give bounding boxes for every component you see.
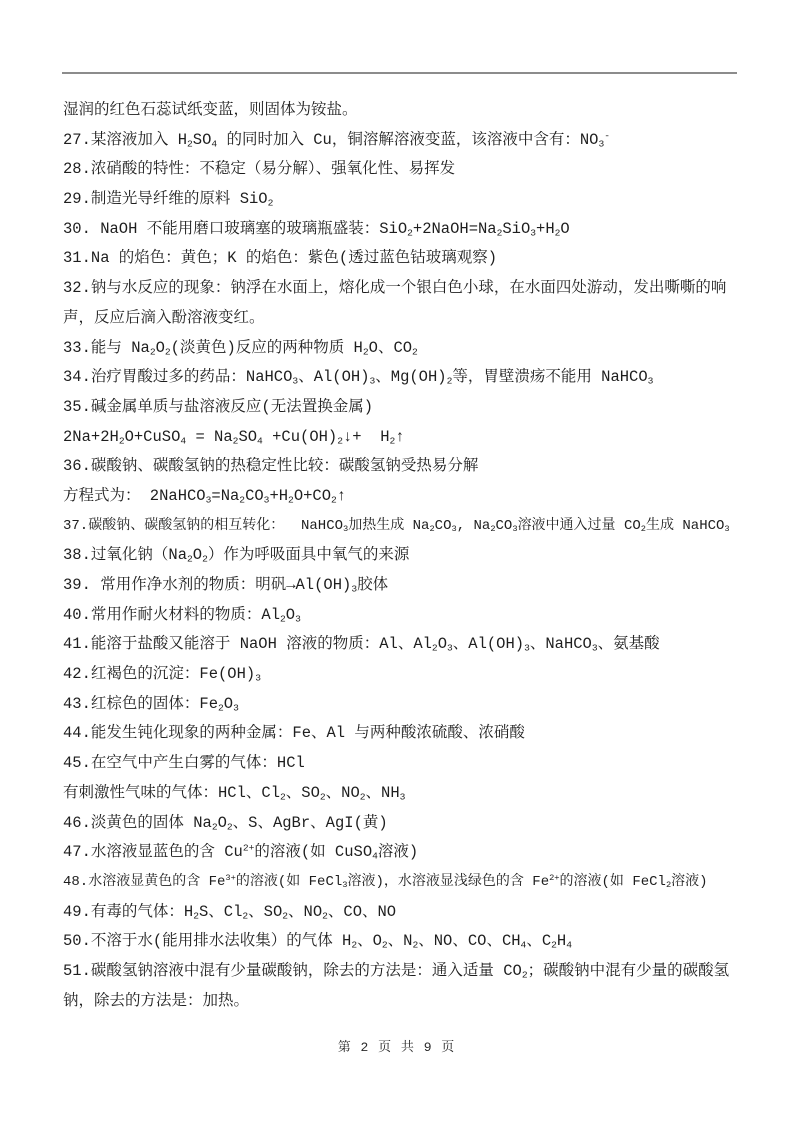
- text-line: 45.在空气中产生白雾的气体：HCl: [63, 749, 741, 779]
- text-line: 42.红褐色的沉淀：Fe(OH)3: [63, 660, 741, 690]
- text-line: 2Na+2H2O+CuSO4 = Na2SO4 +Cu(OH)2↓+ H2↑: [63, 423, 741, 453]
- text-line: 39. 常用作净水剂的物质：明矾→Al(OH)3胶体: [63, 571, 741, 601]
- text-line: 有刺激性气味的气体：HCl、Cl2、SO2、NO2、NH3: [63, 779, 741, 809]
- text-line: 30. NaOH 不能用磨口玻璃塞的玻璃瓶盛装：SiO2+2NaOH=Na2Si…: [63, 215, 741, 245]
- text-line: 湿润的红色石蕊试纸变蓝，则固体为铵盐。: [63, 96, 741, 126]
- text-line: 51.碳酸氢钠溶液中混有少量碳酸钠，除去的方法是：通入适量 CO2；碳酸钠中混有…: [63, 957, 741, 987]
- text-line: 35.碱金属单质与盐溶液反应(无法置换金属): [63, 393, 741, 423]
- document-body: 湿润的红色石蕊试纸变蓝，则固体为铵盐。27.某溶液加入 H2SO4 的同时加入 …: [63, 96, 741, 1016]
- text-line: 31.Na 的焰色：黄色；K 的焰色：紫色(透过蓝色钴玻璃观察): [63, 244, 741, 274]
- text-line: 钠，除去的方法是：加热。: [63, 987, 741, 1017]
- text-line: 27.某溶液加入 H2SO4 的同时加入 Cu，铜溶解溶液变蓝，该溶液中含有：N…: [63, 126, 741, 156]
- text-line: 46.淡黄色的固体 Na2O2、S、AgBr、AgI(黄): [63, 809, 741, 839]
- header-rule: [62, 72, 737, 74]
- text-line: 29.制造光导纤维的原料 SiO2: [63, 185, 741, 215]
- text-line: 33.能与 Na2O2(淡黄色)反应的两种物质 H2O、CO2: [63, 334, 741, 364]
- document-page: 湿润的红色石蕊试纸变蓝，则固体为铵盐。27.某溶液加入 H2SO4 的同时加入 …: [0, 0, 793, 1122]
- text-line: 47.水溶液显蓝色的含 Cu2+的溶液(如 CuSO4溶液): [63, 838, 741, 868]
- text-line: 48.水溶液显黄色的含 Fe3+的溶液(如 FeCl3溶液)，水溶液显浅绿色的含…: [63, 868, 741, 898]
- page-footer: 第 2 页 共 9 页: [0, 1036, 793, 1055]
- text-line: 40.常用作耐火材料的物质：Al2O3: [63, 601, 741, 631]
- text-line: 43.红棕色的固体：Fe2O3: [63, 690, 741, 720]
- text-line: 44.能发生钝化现象的两种金属：Fe、Al 与两种酸浓硫酸、浓硝酸: [63, 719, 741, 749]
- text-line: 28.浓硝酸的特性：不稳定（易分解）、强氧化性、易挥发: [63, 155, 741, 185]
- text-line: 38.过氧化钠（Na2O2）作为呼吸面具中氧气的来源: [63, 541, 741, 571]
- text-line: 50.不溶于水(能用排水法收集）的气体 H2、O2、N2、NO、CO、CH4、C…: [63, 927, 741, 957]
- text-line: 方程式为： 2NaHCO3=Na2CO3+H2O+CO2↑: [63, 482, 741, 512]
- text-line: 41.能溶于盐酸又能溶于 NaOH 溶液的物质：Al、Al2O3、Al(OH)3…: [63, 630, 741, 660]
- text-line: 49.有毒的气体：H2S、Cl2、SO2、NO2、CO、NO: [63, 898, 741, 928]
- text-line: 34.治疗胃酸过多的药品：NaHCO3、Al(OH)3、Mg(OH)2等，胃壁溃…: [63, 363, 741, 393]
- text-line: 37.碳酸钠、碳酸氢钠的相互转化： NaHCO3加热生成 Na2CO3, Na2…: [63, 512, 741, 542]
- text-line: 36.碳酸钠、碳酸氢钠的热稳定性比较：碳酸氢钠受热易分解: [63, 452, 741, 482]
- text-line: 声，反应后滴入酚溶液变红。: [63, 304, 741, 334]
- text-line: 32.钠与水反应的现象：钠浮在水面上，熔化成一个银白色小球，在水面四处游动，发出…: [63, 274, 741, 304]
